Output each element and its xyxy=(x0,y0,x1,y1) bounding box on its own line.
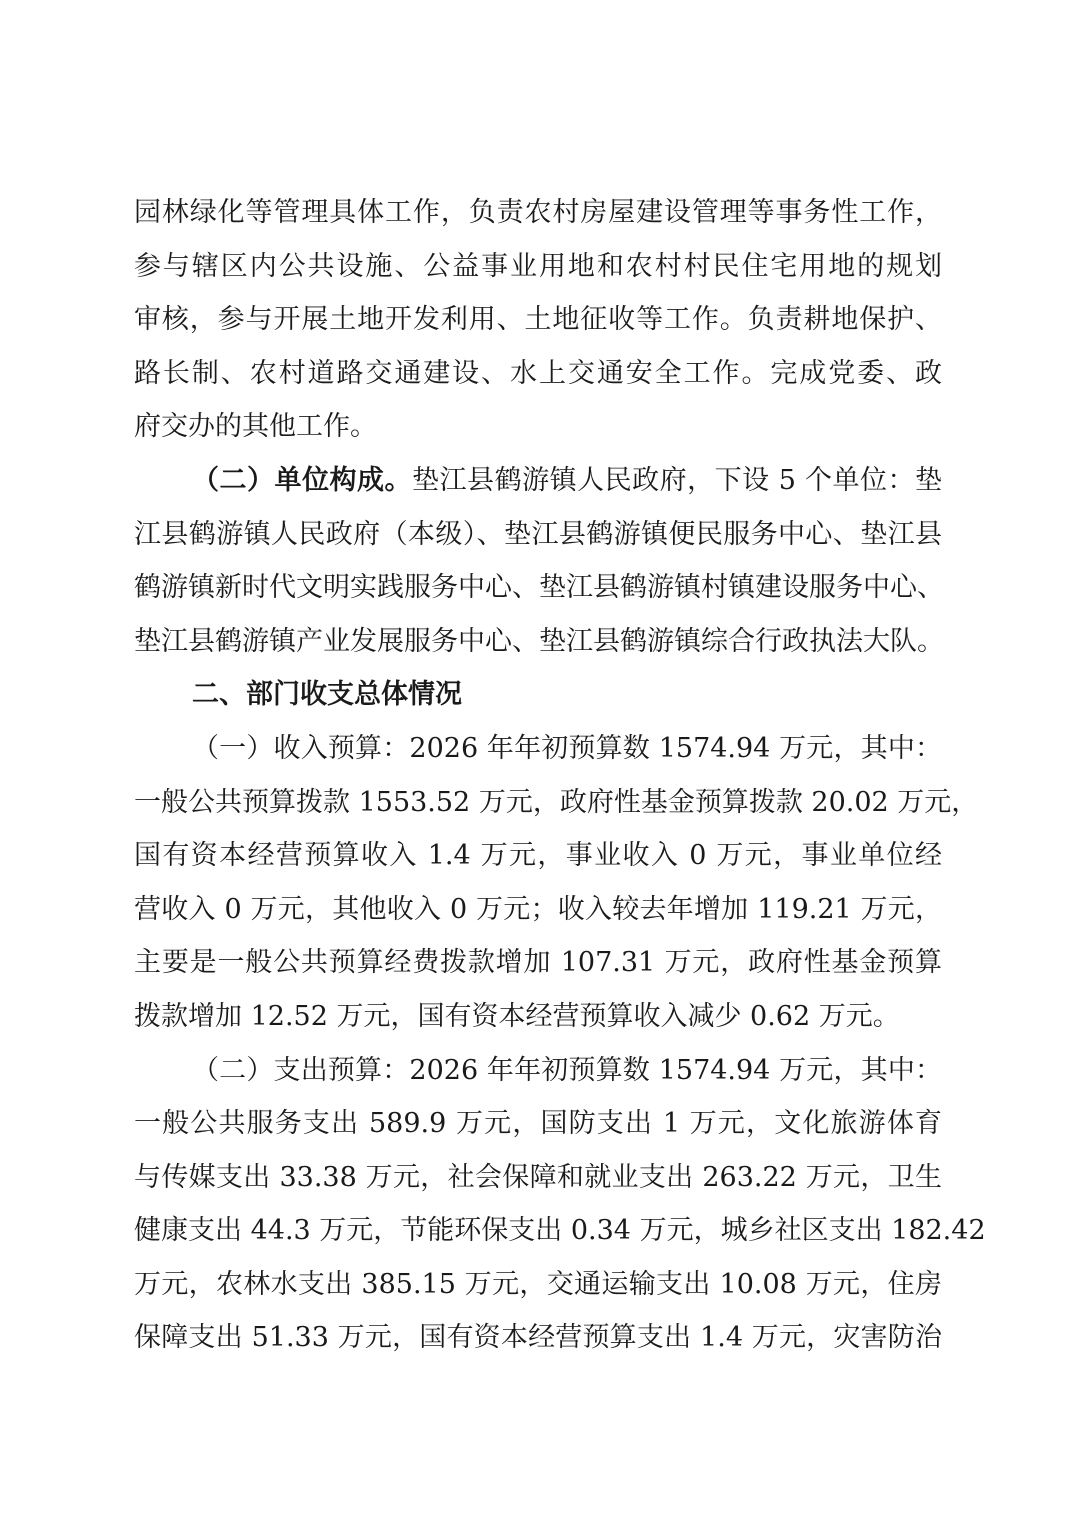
text-line: 参与辖区内公共设施、公益事业用地和农村村民住宅用地的规划 xyxy=(134,240,942,294)
text-span: 2026 年年初预算数 1574.94 万元，其中： xyxy=(409,733,942,764)
paragraph-duties: 园林绿化等管理具体工作，负责农村房屋建设管理等事务性工作， 参与辖区内公共设施、… xyxy=(134,186,942,454)
paragraph-lead: （二）单位构成。 xyxy=(192,465,412,496)
text-line: （二）单位构成。垫江县鹤游镇人民政府，下设 5 个单位：垫 xyxy=(134,454,942,508)
document-page: 园林绿化等管理具体工作，负责农村房屋建设管理等事务性工作， 参与辖区内公共设施、… xyxy=(134,186,942,1365)
text-line: （二）支出预算：2026 年年初预算数 1574.94 万元，其中： xyxy=(134,1044,942,1098)
paragraph-lead: （二）支出预算： xyxy=(192,1055,409,1086)
text-span: 2026 年年初预算数 1574.94 万元，其中： xyxy=(409,1055,942,1086)
text-line: 健康支出 44.3 万元，节能环保支出 0.34 万元，城乡社区支出 182.4… xyxy=(134,1204,942,1258)
text-line: （一）收入预算：2026 年年初预算数 1574.94 万元，其中： xyxy=(134,722,942,776)
text-line: 府交办的其他工作。 xyxy=(134,400,942,454)
text-line: 江县鹤游镇人民政府（本级）、垫江县鹤游镇便民服务中心、垫江县 xyxy=(134,508,942,562)
text-line: 拨款增加 12.52 万元，国有资本经营预算收入减少 0.62 万元。 xyxy=(134,990,942,1044)
paragraph-lead: （一）收入预算： xyxy=(192,733,409,764)
paragraph-expenditure-budget: （二）支出预算：2026 年年初预算数 1574.94 万元，其中： 一般公共服… xyxy=(134,1044,942,1366)
text-line: 路长制、农村道路交通建设、水上交通安全工作。完成党委、政 xyxy=(134,347,942,401)
text-line: 园林绿化等管理具体工作，负责农村房屋建设管理等事务性工作， xyxy=(134,186,942,240)
text-line: 万元，农林水支出 385.15 万元，交通运输支出 10.08 万元，住房 xyxy=(134,1258,942,1312)
text-line: 一般公共服务支出 589.9 万元，国防支出 1 万元，文化旅游体育 xyxy=(134,1097,942,1151)
text-line: 营收入 0 万元，其他收入 0 万元；收入较去年增加 119.21 万元， xyxy=(134,883,942,937)
section-heading: 二、部门收支总体情况 xyxy=(134,668,942,722)
text-span: 垫江县鹤游镇人民政府，下设 5 个单位：垫 xyxy=(412,465,942,496)
text-line: 国有资本经营预算收入 1.4 万元，事业收入 0 万元，事业单位经 xyxy=(134,829,942,883)
text-line: 主要是一般公共预算经费拨款增加 107.31 万元，政府性基金预算 xyxy=(134,936,942,990)
text-line: 垫江县鹤游镇产业发展服务中心、垫江县鹤游镇综合行政执法大队。 xyxy=(134,615,942,669)
text-line: 与传媒支出 33.38 万元，社会保障和就业支出 263.22 万元，卫生 xyxy=(134,1151,942,1205)
paragraph-unit-composition: （二）单位构成。垫江县鹤游镇人民政府，下设 5 个单位：垫 江县鹤游镇人民政府（… xyxy=(134,454,942,668)
text-line: 保障支出 51.33 万元，国有资本经营预算支出 1.4 万元，灾害防治 xyxy=(134,1311,942,1365)
text-line: 一般公共预算拨款 1553.52 万元，政府性基金预算拨款 20.02 万元， xyxy=(134,776,942,830)
paragraph-income-budget: （一）收入预算：2026 年年初预算数 1574.94 万元，其中： 一般公共预… xyxy=(134,722,942,1044)
text-line: 鹤游镇新时代文明实践服务中心、垫江县鹤游镇村镇建设服务中心、 xyxy=(134,561,942,615)
text-line: 审核，参与开展土地开发利用、土地征收等工作。负责耕地保护、 xyxy=(134,293,942,347)
